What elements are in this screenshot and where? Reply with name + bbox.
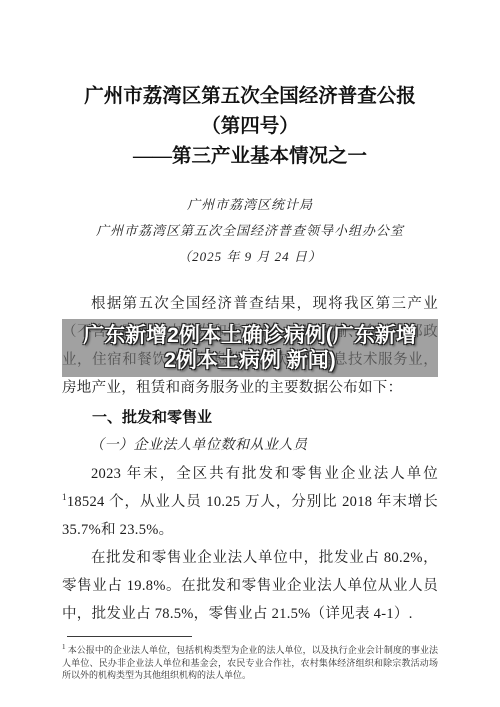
issuer-line-1: 广州市荔湾区统计局: [62, 192, 438, 218]
footnote-separator: [67, 636, 192, 637]
section-subheading: （一）企业法人单位数和从业人员: [62, 432, 438, 460]
title-line-2: （第四号）: [62, 112, 438, 142]
stat-paragraph-1-continued: 18524 个，从业人员 10.25 万人，分别比 2018 年末增长 35.7…: [62, 494, 438, 538]
overlay-banner-line-1: 广东新增2例本土确诊病例(广东新增: [83, 323, 417, 348]
document-title: 广州市荔湾区第五次全国经济普查公报 （第四号） ——第三产业基本情况之一: [62, 82, 438, 172]
footnote-marker: 1: [62, 643, 66, 651]
stat-paragraph-1-text: 2023 年末，全区共有批发和零售业企业法人单位: [91, 466, 438, 482]
title-line-3: ——第三产业基本情况之一: [62, 142, 438, 172]
overlay-banner-line-2: 2例本土病例 新闻): [164, 348, 336, 373]
title-line-1: 广州市荔湾区第五次全国经济普查公报: [62, 82, 438, 112]
overlay-spam-banner[interactable]: 广东新增2例本土确诊病例(广东新增 2例本土病例 新闻): [62, 319, 438, 377]
footnote: 1 本公报中的企业法人单位，包括机构类型为企业的法人单位，以及执行企业会计制度的…: [62, 641, 438, 682]
footnote-block: 1 本公报中的企业法人单位，包括机构类型为企业的法人单位，以及执行企业会计制度的…: [62, 636, 438, 682]
issuer-block: 广州市荔湾区统计局 广州市荔湾区第五次全国经济普查领导小组办公室 （2025 年…: [62, 192, 438, 270]
stat-paragraph-1: 2023 年末，全区共有批发和零售业企业法人单位118524 个，从业人员 10…: [62, 460, 438, 544]
issuer-line-2: 广州市荔湾区第五次全国经济普查领导小组办公室: [62, 218, 438, 244]
publish-date: （2025 年 9 月 24 日）: [62, 244, 438, 270]
document-page: 广州市荔湾区第五次全国经济普查公报 （第四号） ——第三产业基本情况之一 广州市…: [0, 0, 500, 707]
section-heading: 一、批发和零售业: [62, 404, 438, 432]
footnote-text: 本公报中的企业法人单位，包括机构类型为企业的法人单位，以及执行企业会计制度的事业…: [62, 645, 438, 680]
stat-paragraph-2: 在批发和零售业企业法人单位中，批发业占 80.2%，零售业占 19.8%。在批发…: [62, 544, 438, 628]
